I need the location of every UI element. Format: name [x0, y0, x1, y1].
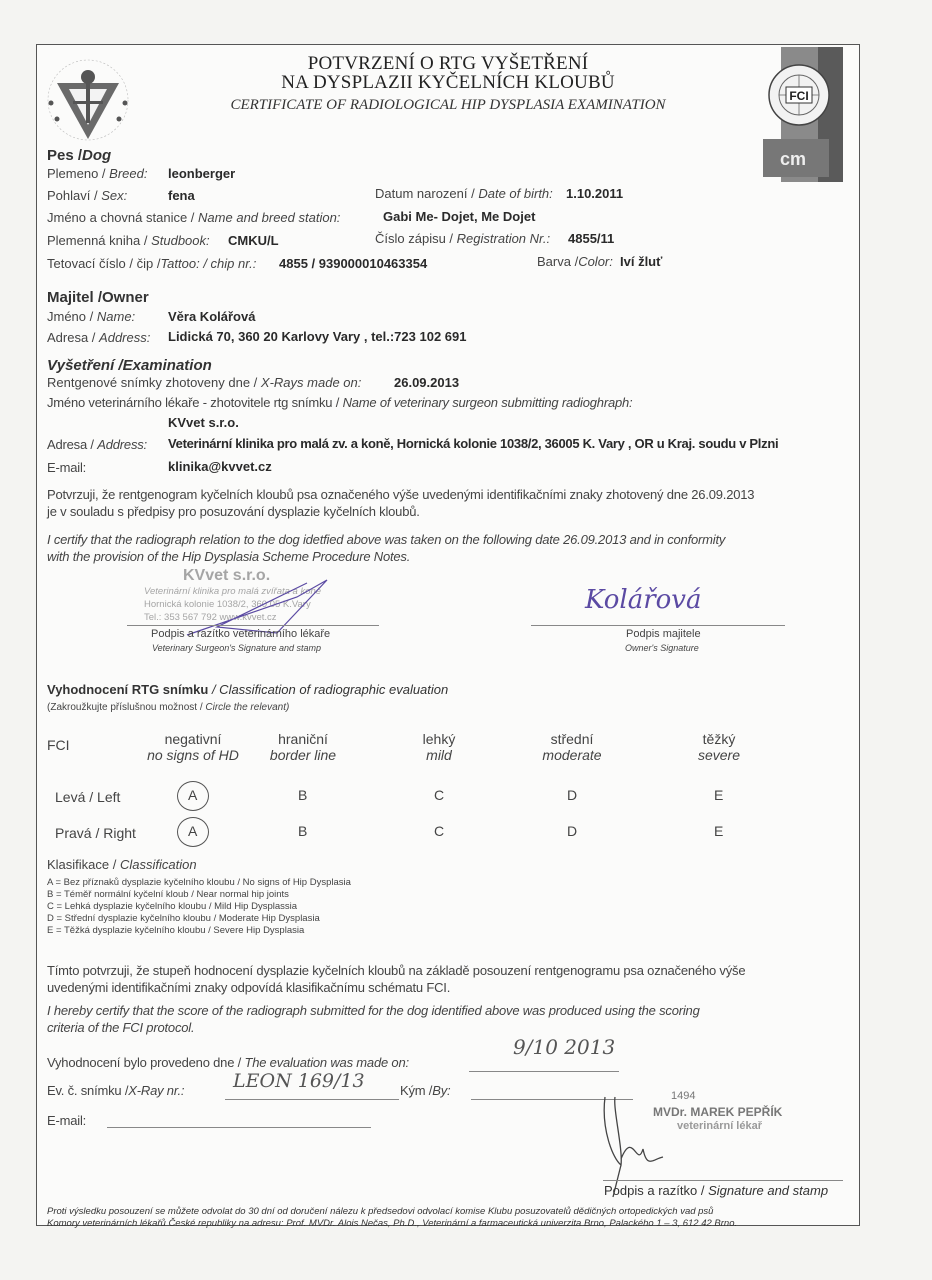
evaluation-heading: Vyhodnocení RTG snímku / Classification …: [47, 682, 448, 697]
grade-column-cz: střední: [551, 731, 594, 747]
grade-option-right-e[interactable]: E: [714, 823, 723, 839]
grade-column-heading: střednímoderate: [512, 731, 632, 763]
evaluator-stamp-title: veterinární lékař: [677, 1120, 762, 1132]
statement-en-line-2: with the provision of the Hip Dysplasia …: [47, 549, 410, 564]
registration-label: Číslo zápisu / Registration Nr.:: [375, 231, 550, 246]
fci-statement-cz-line-1: Tímto potvrzuji, že stupeň hodnocení dys…: [47, 963, 745, 978]
evaluation-date-value: 9/10 2013: [513, 1035, 615, 1059]
grade-option-right-d[interactable]: D: [567, 823, 577, 839]
appeal-note-line-2: Komory veterinárních lékařů České republ…: [47, 1218, 737, 1229]
owner-address-value: Lidická 70, 360 20 Karlovy Vary , tel.:7…: [168, 329, 466, 344]
grade-column-en: no signs of HD: [133, 747, 253, 763]
vet-signature-label-en: Veterinary Surgeon's Signature and stamp: [152, 643, 321, 653]
owner-name-label: Jméno / Name:: [47, 309, 135, 324]
grade-column-en: mild: [379, 747, 499, 763]
fci-cmku-logo: FCI cm: [763, 47, 843, 182]
sex-value: fena: [168, 188, 195, 203]
evaluation-date-line: [469, 1071, 619, 1072]
owner-address-label: Adresa / Address:: [47, 330, 150, 345]
statement-en-line-1: I certify that the radiograph relation t…: [47, 532, 725, 547]
evaluator-email-line: [107, 1127, 371, 1128]
grade-column-heading: lehkýmild: [379, 731, 499, 763]
fci-statement-en-line-2: criteria of the FCI protocol.: [47, 1020, 194, 1035]
classification-item: D = Střední dysplazie kyčelního kloubu /…: [47, 913, 320, 924]
classification-item: B = Téměř normální kyčelní kloub / Near …: [47, 889, 289, 900]
evaluation-date-label: Vyhodnocení bylo provedeno dne / The eva…: [47, 1055, 409, 1070]
owner-signature-line: [531, 625, 785, 626]
dob-label: Datum narození / Date of birth:: [375, 186, 553, 201]
statement-cz-line-1: Potvrzuji, že rentgenogram kyčelních klo…: [47, 487, 754, 502]
left-hip-label: Levá / Left: [55, 789, 120, 805]
vet-signature-line: [127, 625, 379, 626]
grade-column-en: moderate: [512, 747, 632, 763]
vet-email-label: E-mail:: [47, 460, 86, 475]
evaluator-email-label: E-mail:: [47, 1113, 86, 1128]
dob-value: 1.10.2011: [566, 186, 623, 201]
xray-date-value: 26.09.2013: [394, 375, 459, 390]
color-value: Iví žluť: [620, 254, 662, 269]
vet-address-value: Veterinární klinika pro malá zv. a koně,…: [168, 436, 778, 451]
grade-option-left-d[interactable]: D: [567, 787, 577, 803]
title-line-2: NA DYSPLAZII KYČELNÍCH KLOUBŮ: [37, 72, 859, 94]
name-station-value: Gabi Me- Dojet, Me Dojet: [383, 209, 535, 224]
xray-number-label: Ev. č. snímku /X-Ray nr.:: [47, 1083, 184, 1098]
studbook-value: CMKU/L: [228, 233, 279, 248]
vet-name-value: KVvet s.r.o.: [168, 415, 239, 430]
examination-section-heading: Vyšetření /Examination: [47, 357, 212, 374]
vet-address-label: Adresa / Address:: [47, 437, 147, 452]
statement-cz-line-2: je v souladu s předpisy pro posuzování d…: [47, 504, 420, 519]
evaluation-instruction: (Zakroužkujte příslušnou možnost / Circl…: [47, 702, 289, 713]
chip-value: 4855 / 939000010463354: [279, 256, 427, 271]
by-label: Kým /By:: [400, 1083, 450, 1098]
xray-date-label: Rentgenové snímky zhotoveny dne / X-Rays…: [47, 375, 361, 390]
breed-label: Plemeno / Breed:: [47, 166, 147, 181]
grade-column-heading: těžkýsevere: [659, 731, 779, 763]
fci-statement-cz-line-2: uvedenými identifikačními znaky odpovídá…: [47, 980, 450, 995]
grade-column-heading: hraničníborder line: [243, 731, 363, 763]
color-label: Barva /Color:: [537, 254, 613, 269]
vet-email-value: klinika@kvvet.cz: [168, 459, 272, 474]
selected-grade-circle: [177, 817, 209, 847]
grade-option-right-c[interactable]: C: [434, 823, 444, 839]
dog-section-heading: Pes /Dog: [47, 147, 111, 164]
breed-value: leonberger: [168, 166, 235, 181]
evaluator-signature-line: [603, 1180, 843, 1181]
chip-label: Tetovací číslo / čip /Tattoo: / chip nr.…: [47, 256, 256, 271]
grade-column-cz: negativní: [165, 731, 222, 747]
xray-number-line: [225, 1099, 399, 1100]
svg-text:FCI: FCI: [789, 89, 808, 103]
owner-name-value: Věra Kolářová: [168, 309, 255, 324]
evaluator-stamp-number: 1494: [671, 1090, 695, 1102]
fci-statement-en-line-1: I hereby certify that the score of the r…: [47, 1003, 700, 1018]
grade-option-right-b[interactable]: B: [298, 823, 307, 839]
vet-signature-label-cz: Podpis a razítko veterinárního lékaře: [151, 628, 330, 640]
sex-label: Pohlaví / Sex:: [47, 188, 127, 203]
grade-option-left-c[interactable]: C: [434, 787, 444, 803]
certificate-subtitle: CERTIFICATE OF RADIOLOGICAL HIP DYSPLASI…: [37, 97, 859, 114]
fci-logo-icon: FCI cm: [763, 47, 843, 182]
owner-signature-handwriting: Kolářová: [585, 585, 701, 615]
grade-option-left-b[interactable]: B: [298, 787, 307, 803]
appeal-note-line-1: Proti výsledku posouzení se můžete odvol…: [47, 1206, 713, 1217]
studbook-label: Plemenná kniha / Studbook:: [47, 233, 210, 248]
selected-grade-circle: [177, 781, 209, 811]
classification-item: C = Lehká dysplazie kyčelního kloubu / M…: [47, 901, 297, 912]
xray-number-value: LEON 169/13: [233, 1070, 365, 1092]
classification-item: A = Bez příznaků dysplazie kyčelního klo…: [47, 877, 351, 888]
grade-column-cz: těžký: [703, 731, 736, 747]
grade-column-en: border line: [243, 747, 363, 763]
registration-value: 4855/11: [568, 231, 614, 246]
evaluator-stamp-name: MVDr. MAREK PEPŘÍK: [653, 1105, 782, 1119]
fci-label: FCI: [47, 737, 70, 753]
right-hip-label: Pravá / Right: [55, 825, 136, 841]
owner-signature-label-en: Owner's Signature: [625, 643, 699, 653]
certificate-page: POTVRZENÍ O RTG VYŠETŘENÍ NA DYSPLAZII K…: [36, 44, 860, 1226]
svg-text:cm: cm: [780, 149, 806, 169]
owner-section-heading: Majitel /Owner: [47, 289, 149, 306]
grade-column-cz: lehký: [423, 731, 456, 747]
grade-column-en: severe: [659, 747, 779, 763]
vet-name-label: Jméno veterinárního lékaře - zhotovitele…: [47, 395, 632, 410]
evaluator-signature-label: Podpis a razítko / Signature and stamp: [604, 1183, 828, 1198]
grade-column-heading: negativníno signs of HD: [133, 731, 253, 763]
owner-signature-label-cz: Podpis majitele: [626, 628, 701, 640]
classification-heading: Klasifikace / Classification: [47, 857, 197, 872]
classification-item: E = Těžká dysplazie kyčelního kloubu / S…: [47, 925, 304, 936]
grade-column-cz: hraniční: [278, 731, 328, 747]
name-station-label: Jméno a chovná stanice / Name and breed …: [47, 210, 340, 225]
grade-option-left-e[interactable]: E: [714, 787, 723, 803]
